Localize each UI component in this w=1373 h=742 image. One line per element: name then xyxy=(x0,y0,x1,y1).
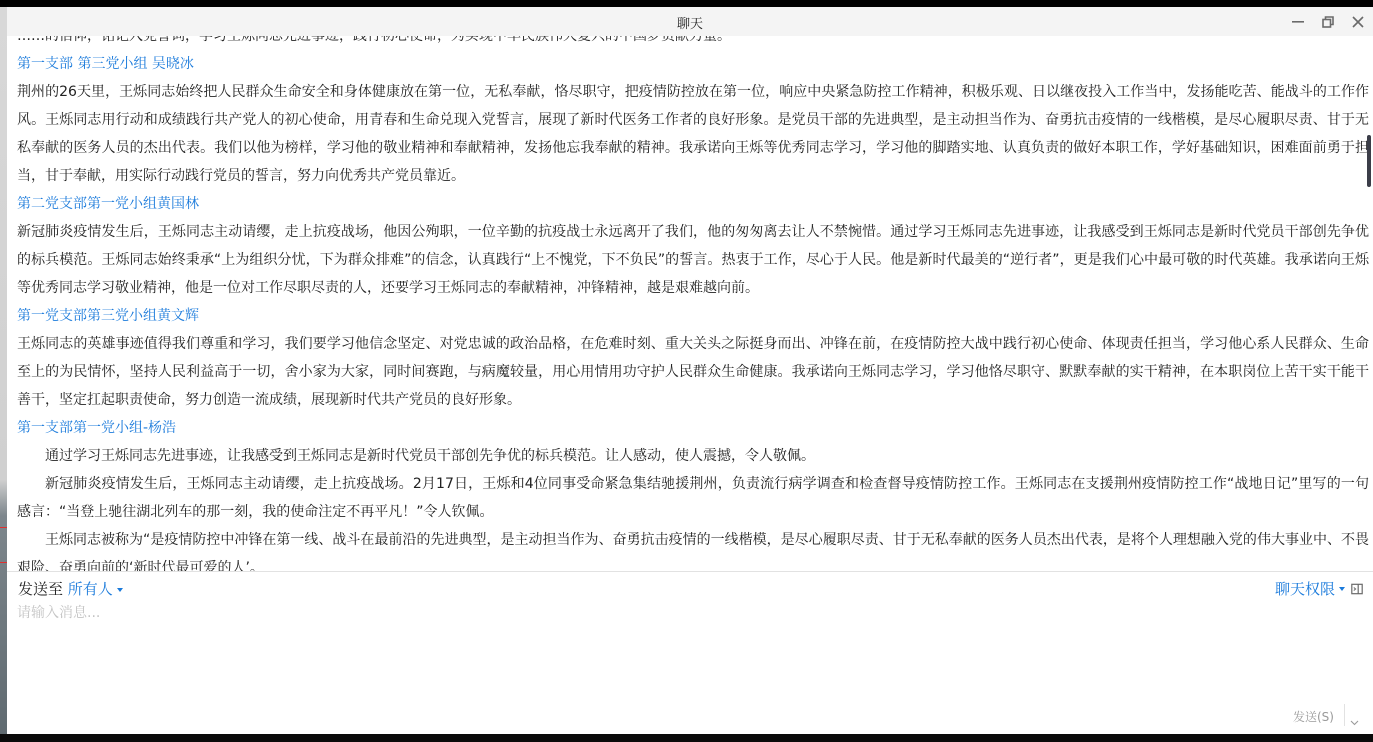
send-to-label: 发送至 xyxy=(18,580,63,598)
popout-window-icon[interactable] xyxy=(1351,583,1363,595)
message-input[interactable] xyxy=(17,602,1357,712)
message-body: 王烁同志的英雄事迹值得我们尊重和学习，我们要学习他信念坚定、对党忠诚的政治品格，… xyxy=(17,330,1369,414)
recipient-dropdown[interactable]: 所有人 xyxy=(68,580,123,598)
chevron-down-icon xyxy=(117,588,123,592)
chevron-down-icon xyxy=(1350,720,1359,726)
chevron-down-icon xyxy=(1339,587,1345,591)
message-sender[interactable]: 第一党支部第三党小组黄文辉 xyxy=(17,302,1369,330)
restore-icon xyxy=(1322,16,1334,28)
close-button[interactable] xyxy=(1347,11,1369,33)
message-list[interactable]: ……的信仰，铭记入党誓词，学习王烁同志先进事迹，践行初心使命，为实现中华民族伟大… xyxy=(7,36,1373,571)
send-divider xyxy=(1344,704,1345,726)
message-item: 第一支部第一党小组-杨浩 通过学习王烁同志先进事迹，让我感受到王烁同志是新时代党… xyxy=(17,414,1369,571)
send-button[interactable]: 发送(S) xyxy=(1293,708,1334,725)
message-body: 荆州的26天里，王烁同志始终把人民群众生命安全和身体健康放在第一位，无私奉献，恪… xyxy=(17,78,1369,190)
send-options-button[interactable] xyxy=(1350,711,1359,730)
message-paragraph: 王烁同志被称为“是疫情防控中冲锋在第一线、战斗在最前沿的先进典型，是主动担当作为… xyxy=(17,526,1369,571)
background-window-edge xyxy=(0,527,7,563)
message-sender[interactable]: 第二党支部第一党小组黄国林 xyxy=(17,190,1369,218)
message-scrollbar[interactable] xyxy=(1367,135,1371,187)
minimize-icon xyxy=(1292,16,1304,28)
chat-permission-dropdown[interactable]: 聊天权限 xyxy=(1275,578,1363,599)
message-item: 第一党支部第三党小组黄文辉 王烁同志的英雄事迹值得我们尊重和学习，我们要学习他信… xyxy=(17,302,1369,414)
chat-window: 聊天 ……的信仰，铭记入党誓词，学习王烁同志先进事迹，践行初心使命，为实现中华民… xyxy=(7,7,1373,734)
send-to-selector: 发送至 所有人 xyxy=(18,578,123,599)
message-composer: 发送至 所有人 聊天权限 发送(S) xyxy=(7,571,1373,734)
recipient-value: 所有人 xyxy=(68,580,113,598)
message-sender[interactable]: 第一支部 第三党小组 吴晓冰 xyxy=(17,50,1369,78)
close-icon xyxy=(1352,16,1364,28)
message-paragraph: 王烁同志的英雄事迹值得我们尊重和学习，我们要学习他信念坚定、对党忠诚的政治品格，… xyxy=(17,330,1369,414)
message-item: 第二党支部第一党小组黄国林 新冠肺炎疫情发生后，王烁同志主动请缨，走上抗疫战场，… xyxy=(17,190,1369,302)
message-paragraph: 荆州的26天里，王烁同志始终把人民群众生命安全和身体健康放在第一位，无私奉献，恪… xyxy=(17,78,1369,190)
desktop-background xyxy=(0,7,7,734)
screen-top-edge xyxy=(0,0,1373,7)
message-paragraph: 新冠肺炎疫情发生后，王烁同志主动请缨，走上抗疫战场，他因公殉职，一位辛勤的抗疫战… xyxy=(17,218,1369,302)
chat-permission-label: 聊天权限 xyxy=(1275,578,1335,599)
message-text-partial: ……的信仰，铭记入党誓词，学习王烁同志先进事迹，践行初心使命，为实现中华民族伟大… xyxy=(17,36,1369,50)
title-bar[interactable]: 聊天 xyxy=(7,7,1373,36)
window-title: 聊天 xyxy=(7,13,1373,32)
message-paragraph: 通过学习王烁同志先进事迹，让我感受到王烁同志是新时代党员干部创先争优的标兵模范。… xyxy=(17,442,1369,470)
restore-button[interactable] xyxy=(1317,11,1339,33)
minimize-button[interactable] xyxy=(1287,11,1309,33)
message-item: 第一支部 第三党小组 吴晓冰 荆州的26天里，王烁同志始终把人民群众生命安全和身… xyxy=(17,50,1369,190)
message-sender[interactable]: 第一支部第一党小组-杨浩 xyxy=(17,414,1369,442)
message-body: 通过学习王烁同志先进事迹，让我感受到王烁同志是新时代党员干部创先争优的标兵模范。… xyxy=(17,442,1369,571)
message-paragraph: 新冠肺炎疫情发生后，王烁同志主动请缨，走上抗疫战场。2月17日，王烁和4位同事受… xyxy=(17,470,1369,526)
taskbar-edge xyxy=(0,734,1373,742)
message-body: 新冠肺炎疫情发生后，王烁同志主动请缨，走上抗疫战场，他因公殉职，一位辛勤的抗疫战… xyxy=(17,218,1369,302)
